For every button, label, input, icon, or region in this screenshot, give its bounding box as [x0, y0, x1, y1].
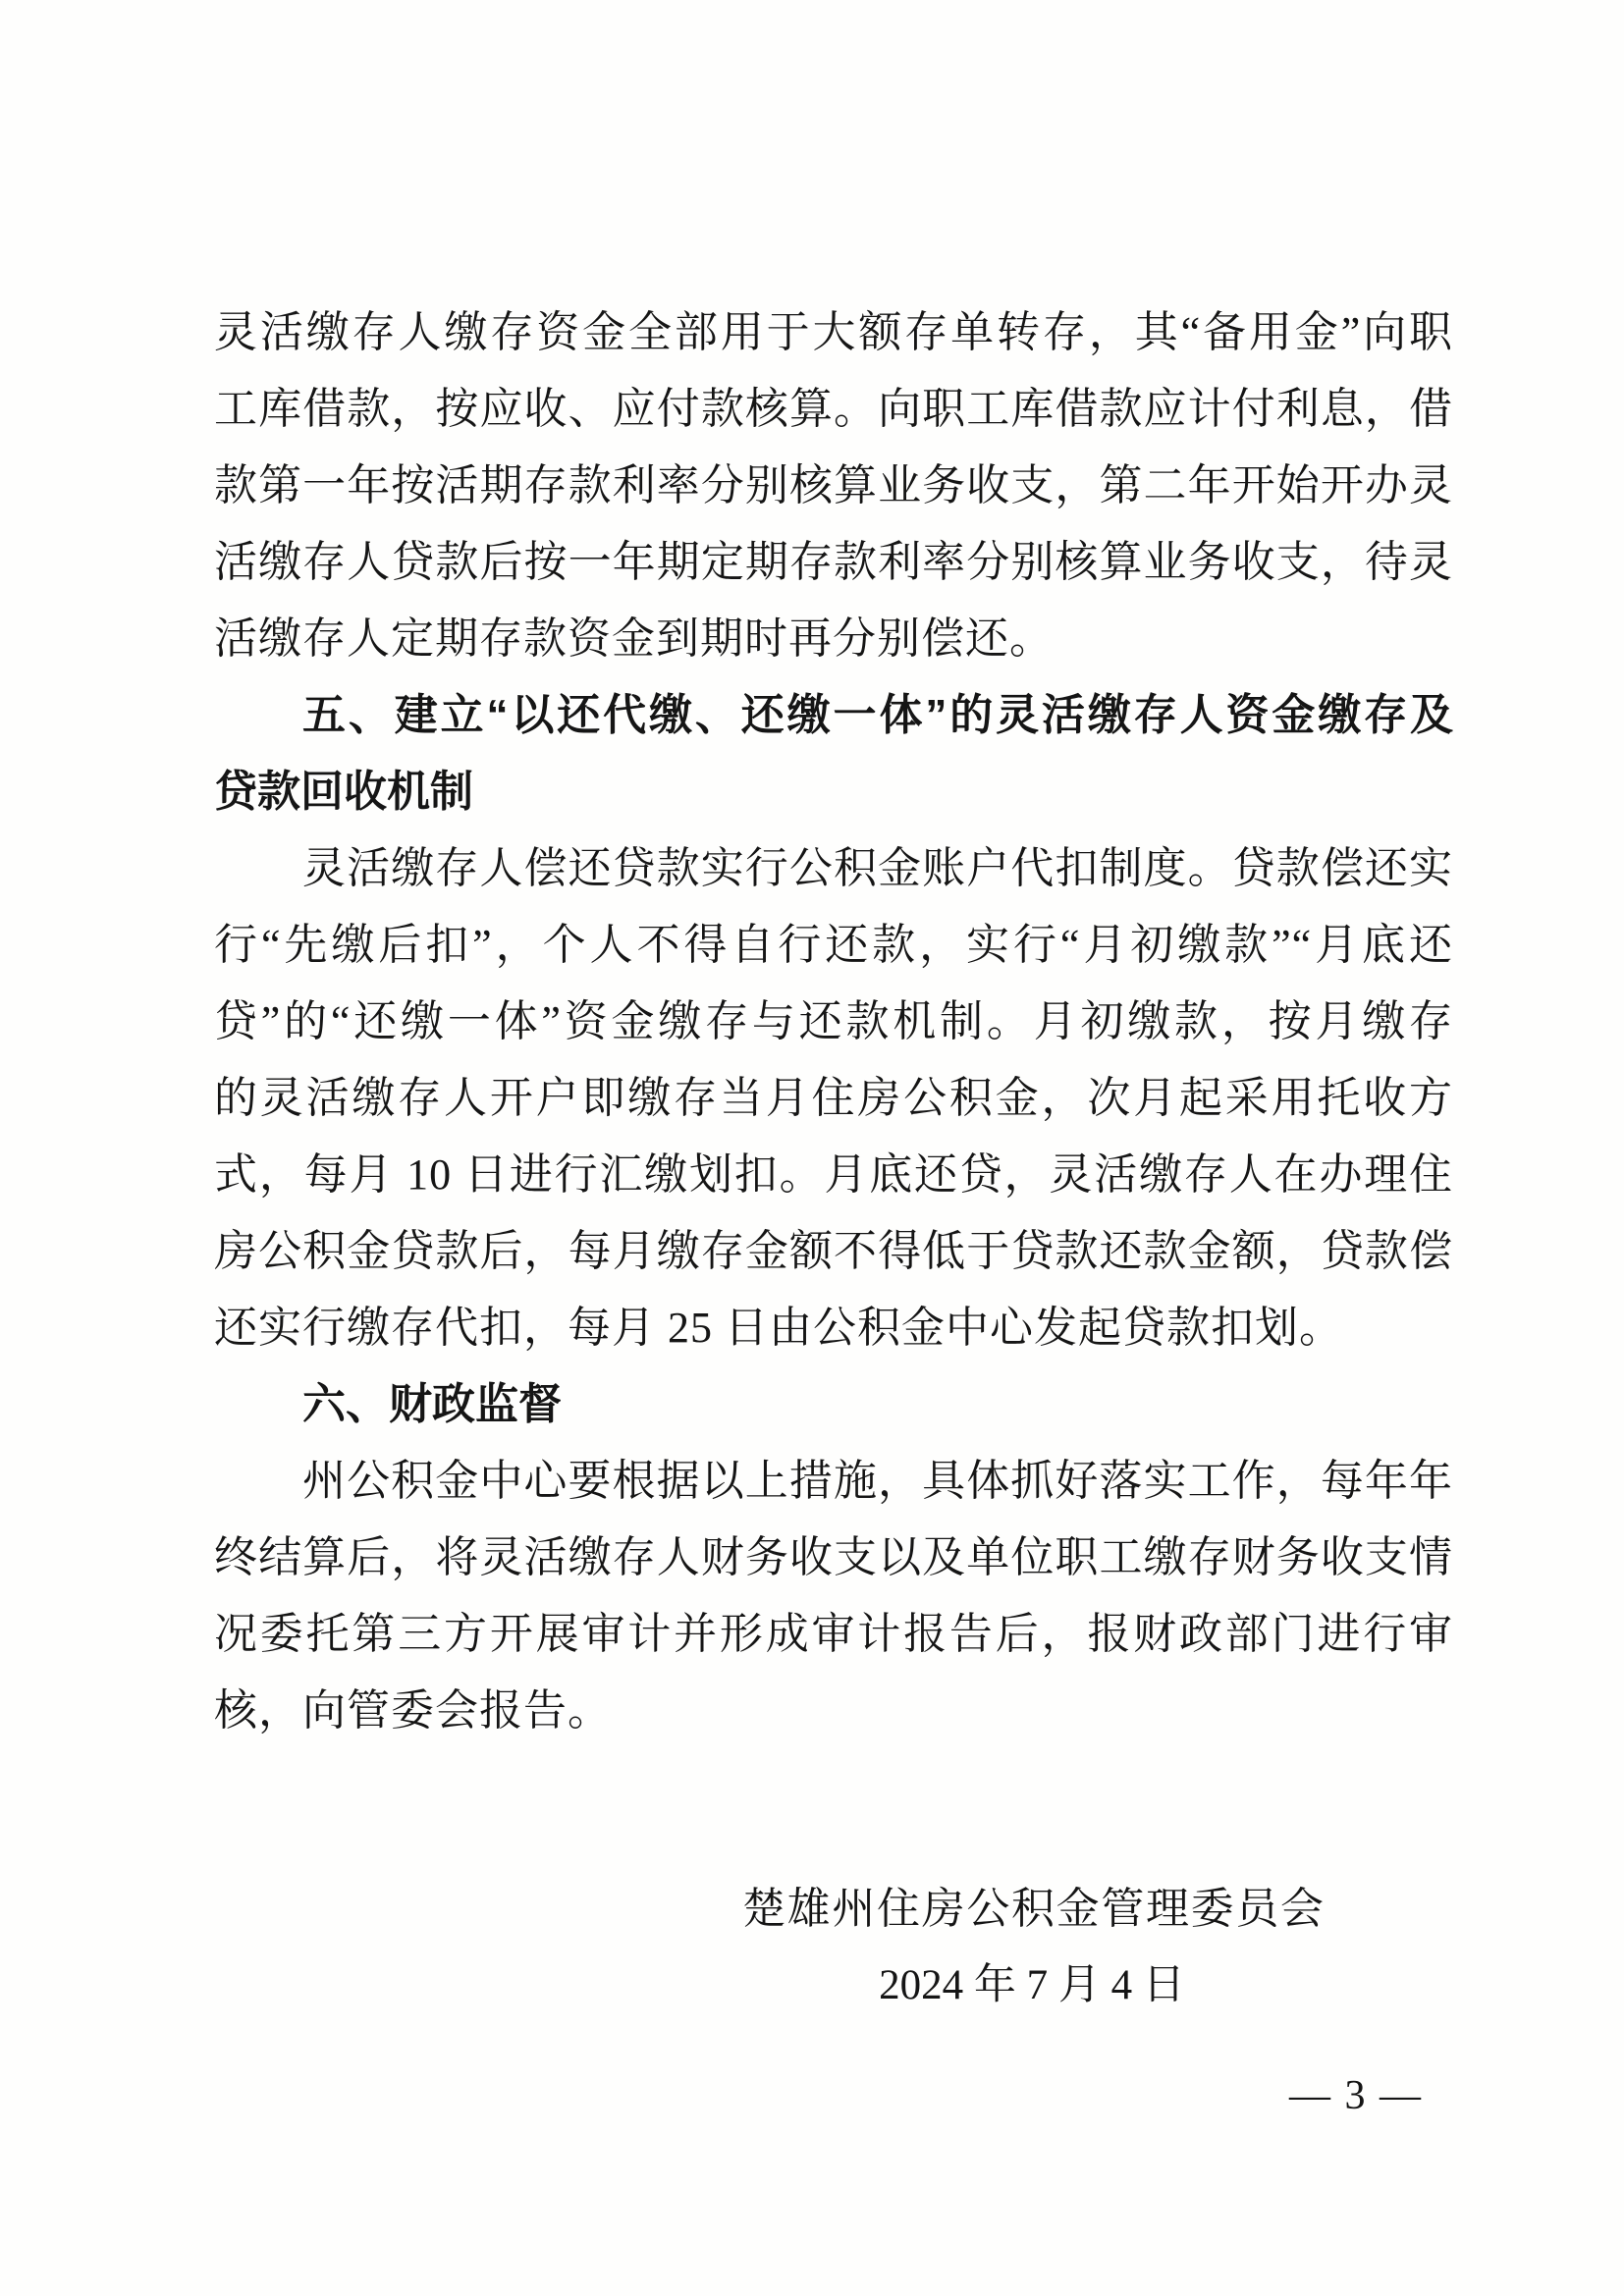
body-line: 行“先缴后扣”，个人不得自行还款，实行“月初缴款”“月底还	[214, 907, 1453, 984]
page-number: — 3 —	[1289, 2061, 1423, 2130]
body-line: 式，每月 10 日进行汇缴划扣。月底还贷，灵活缴存人在办理住	[214, 1137, 1453, 1213]
body-line: 还实行缴存代扣，每月 25 日由公积金中心发起贷款扣划。	[214, 1290, 1453, 1366]
body-line: 的灵活缴存人开户即缴存当月住房公积金，次月起采用托收方	[214, 1060, 1453, 1137]
body-line: 核，向管委会报告。	[214, 1673, 1453, 1749]
section-5-heading-line2: 贷款回收机制	[214, 754, 1453, 830]
signature-date: 2024 年 7 月 4 日	[873, 1948, 1191, 2024]
body-line: 灵活缴存人偿还贷款实行公积金账户代扣制度。贷款偿还实	[214, 830, 1453, 907]
section-6-heading: 六、财政监督	[214, 1366, 1453, 1443]
document-page: 灵活缴存人缴存资金全部用于大额存单转存，其“备用金”向职 工库借款，按应收、应付…	[0, 0, 1624, 2296]
document-body: 灵活缴存人缴存资金全部用于大额存单转存，其“备用金”向职 工库借款，按应收、应付…	[214, 294, 1453, 1749]
body-line: 贷”的“还缴一体”资金缴存与还款机制。月初缴款，按月缴存	[214, 984, 1453, 1060]
body-line: 房公积金贷款后，每月缴存金额不得低于贷款还款金额，贷款偿	[214, 1213, 1453, 1290]
body-line: 州公积金中心要根据以上措施，具体抓好落实工作，每年年	[214, 1443, 1453, 1520]
section-5-heading-line1: 五、建立“以还代缴、还缴一体”的灵活缴存人资金缴存及	[214, 677, 1453, 754]
body-line: 活缴存人定期存款资金到期时再分别偿还。	[214, 601, 1453, 677]
signature-organization: 楚雄州住房公积金管理委员会	[742, 1871, 1324, 1948]
body-line: 况委托第三方开展审计并形成审计报告后，报财政部门进行审	[214, 1596, 1453, 1673]
body-line: 工库借款，按应收、应付款核算。向职工库借款应计付利息，借	[214, 371, 1453, 448]
body-line: 灵活缴存人缴存资金全部用于大额存单转存，其“备用金”向职	[214, 294, 1453, 371]
body-line: 活缴存人贷款后按一年期定期存款利率分别核算业务收支，待灵	[214, 524, 1453, 601]
body-line: 终结算后，将灵活缴存人财务收支以及单位职工缴存财务收支情	[214, 1520, 1453, 1596]
body-line: 款第一年按活期存款利率分别核算业务收支，第二年开始开办灵	[214, 448, 1453, 524]
